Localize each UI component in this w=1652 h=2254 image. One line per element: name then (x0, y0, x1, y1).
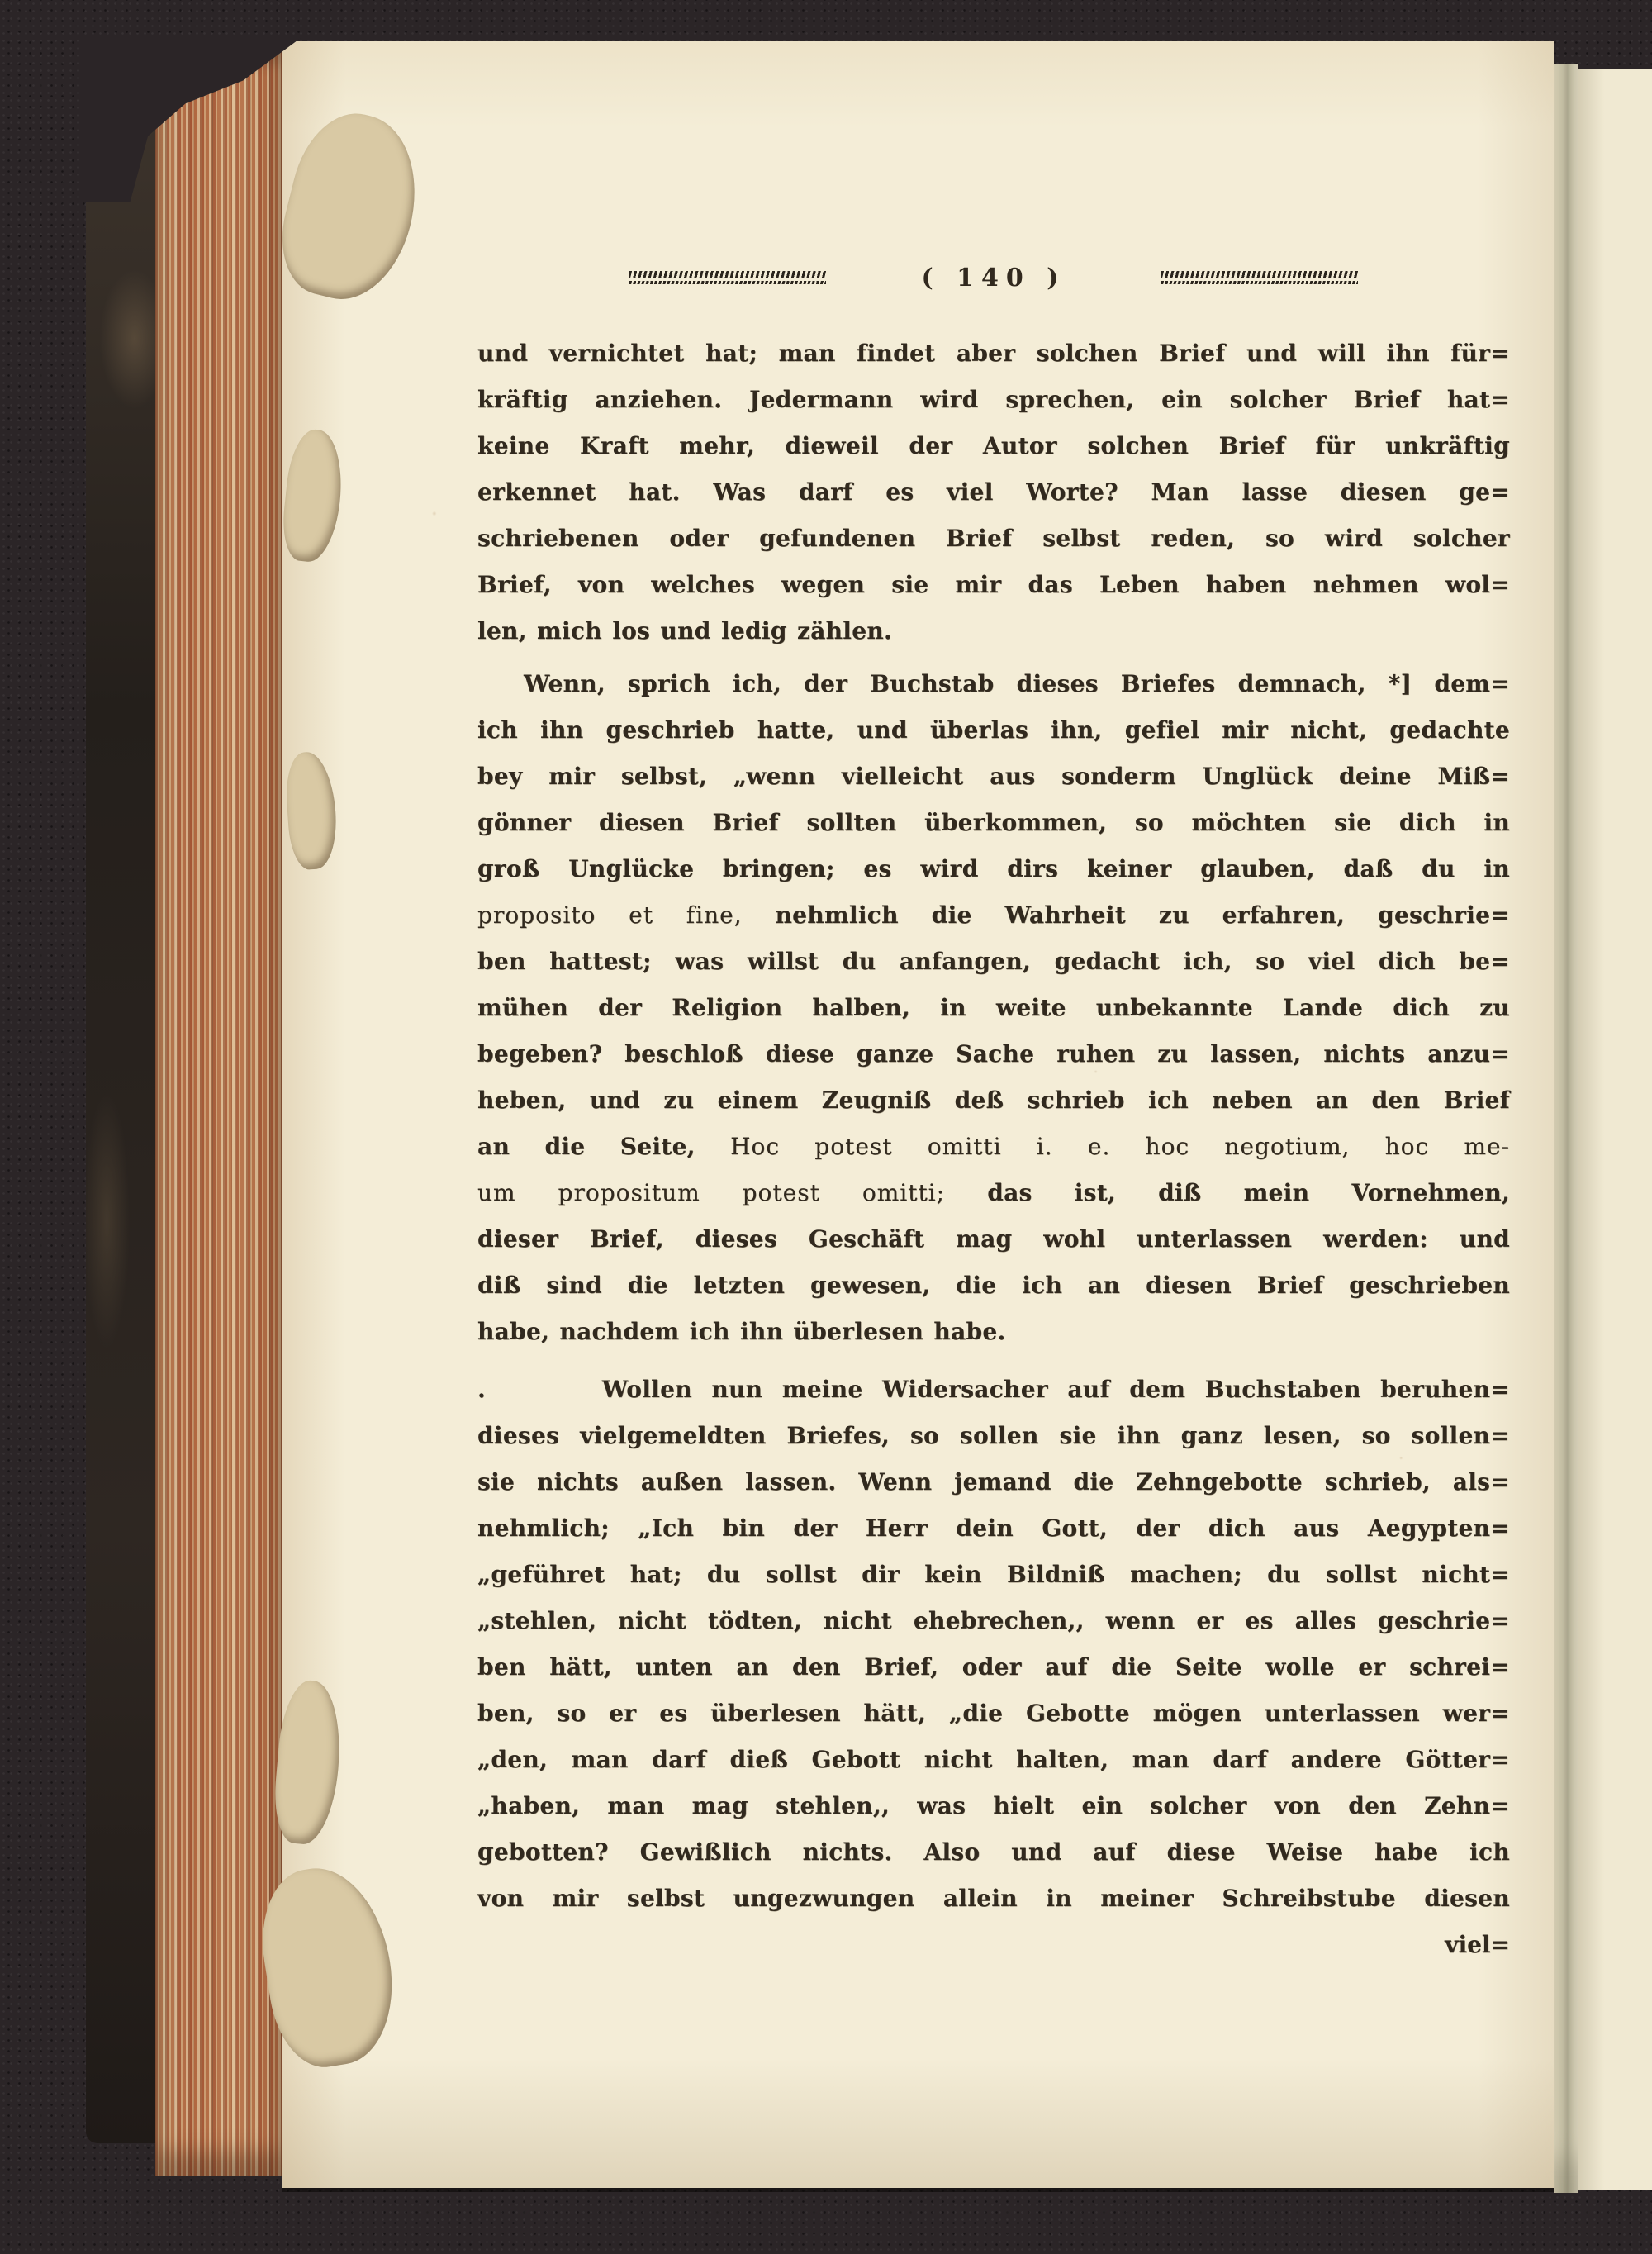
text-line: mühen der Religion halben, in weite unbe… (477, 985, 1510, 1031)
text-segment-fraktur: keine Kraft mehr, dieweil der Autor solc… (477, 432, 1510, 459)
text-line: kräftig anziehen. Jedermann wird spreche… (477, 377, 1510, 423)
text-segment-fraktur: dieses vielgemeldten Briefes, so sollen … (477, 1422, 1510, 1449)
text-line: ben hattest; was willst du anfangen, ged… (477, 939, 1510, 985)
page-header: ( 140 ) (477, 263, 1510, 292)
text-segment-fraktur: bey mir selbst, „wenn vielleicht aus son… (477, 763, 1510, 790)
text-segment-fraktur: von mir selbst ungezwungen allein in mei… (477, 1885, 1510, 1912)
text-line: len, mich los und ledig zählen. (477, 608, 1510, 654)
text-segment-fraktur: nehmlich; „Ich bin der Herr dein Gott, d… (477, 1515, 1510, 1542)
text-line: Wenn, sprich ich, der Buchstab dieses Br… (477, 661, 1510, 707)
text-segment-fraktur: „haben, man mag stehlen,, was hielt ein … (477, 1792, 1510, 1819)
text-segment-fraktur: gönner diesen Brief sollten überkommen, … (477, 809, 1510, 836)
text-line: diß sind die letzten gewesen, die ich an… (477, 1263, 1510, 1309)
gutter-fold (1554, 64, 1578, 2193)
text-line: „haben, man mag stehlen,, was hielt ein … (477, 1783, 1510, 1829)
text-segment-fraktur: ich ihn geschrieb hatte, und überlas ihn… (477, 716, 1510, 744)
photo-background: ( 140 ) und vernichtet hat; man findet a… (0, 0, 1652, 2254)
text-line: „stehlen, nicht tödten, nicht ehebrechen… (477, 1598, 1510, 1644)
text-line: ben, so er es überlesen hätt, „die Gebot… (477, 1690, 1510, 1737)
text-line: nehmlich; „Ich bin der Herr dein Gott, d… (477, 1505, 1510, 1552)
text-line: dieses vielgemeldten Briefes, so sollen … (477, 1413, 1510, 1459)
text-line: gebotten? Gewißlich nichts. Also und auf… (477, 1829, 1510, 1876)
text-segment-fraktur: das ist, diß mein Vornehmen, (945, 1179, 1510, 1206)
text-line: schriebenen oder gefundenen Brief selbst… (477, 516, 1510, 562)
text-line: heben, und zu einem Zeugniß deß schrieb … (477, 1077, 1510, 1124)
text-line: „den, man darf dieß Gebott nicht halten,… (477, 1737, 1510, 1783)
book-cover-edge (86, 93, 155, 2143)
text-segment-fraktur: groß Unglücke bringen; es wird dirs kein… (477, 855, 1510, 882)
text-segment-fraktur: ben hattest; was willst du anfangen, ged… (477, 948, 1510, 975)
text-line: ben hätt, unten an den Brief, oder auf d… (477, 1644, 1510, 1690)
text-segment-fraktur: mühen der Religion halben, in weite unbe… (477, 994, 1510, 1021)
text-segment-fraktur: „geführet hat; du sollst dir kein Bildni… (477, 1561, 1510, 1588)
book: ( 140 ) und vernichtet hat; man findet a… (83, 41, 1652, 2199)
text-line: groß Unglücke bringen; es wird dirs kein… (477, 846, 1510, 892)
text-segment-fraktur: schriebenen oder gefundenen Brief selbst… (477, 525, 1510, 552)
page-number: ( 140 ) (922, 264, 1066, 292)
text-line: und vernichtet hat; man findet aber solc… (477, 330, 1510, 377)
text-line: habe, nachdem ich ihn überlesen habe. (477, 1309, 1510, 1355)
text-segment-fraktur: „stehlen, nicht tödten, nicht ehebrechen… (477, 1607, 1510, 1634)
ornamental-rule-left-icon (629, 271, 826, 284)
text-line: proposito et fine, nehmlich die Wahrheit… (477, 892, 1510, 939)
paragraph: . Wollen nun meine Widersacher auf dem B… (477, 1367, 1510, 1922)
text-segment-fraktur: diß sind die letzten gewesen, die ich an… (477, 1272, 1510, 1299)
ornamental-rule-right-icon (1161, 271, 1358, 284)
text-segment-fraktur: ben, so er es überlesen hätt, „die Gebot… (477, 1700, 1510, 1727)
text-line: gönner diesen Brief sollten überkommen, … (477, 800, 1510, 846)
text-segment-fraktur: Brief, von welches wegen sie mir das Leb… (477, 571, 1510, 598)
text-segment-fraktur: dieser Brief, dieses Geschäft mag wohl u… (477, 1225, 1510, 1253)
text-segment-fraktur: an die Seite, (477, 1133, 730, 1160)
text-segment-fraktur: heben, und zu einem Zeugniß deß schrieb … (477, 1087, 1510, 1114)
text-segment-fraktur: nehmlich die Wahrheit zu erfahren, gesch… (743, 901, 1510, 929)
text-segment-antiqua: um propositum potest omitti; (477, 1179, 945, 1206)
text-line: von mir selbst ungezwungen allein in mei… (477, 1876, 1510, 1922)
facing-page-edge (1578, 69, 1652, 2190)
text-block: und vernichtet hat; man findet aber solc… (477, 330, 1510, 1922)
text-line: keine Kraft mehr, dieweil der Autor solc… (477, 423, 1510, 469)
text-line: Brief, von welches wegen sie mir das Leb… (477, 562, 1510, 608)
text-segment-fraktur: len, mich los und ledig zählen. (477, 617, 892, 644)
catchword: viel= (477, 1922, 1510, 1968)
text-line: bey mir selbst, „wenn vielleicht aus son… (477, 754, 1510, 800)
text-line: dieser Brief, dieses Geschäft mag wohl u… (477, 1216, 1510, 1263)
text-segment-fraktur: gebotten? Gewißlich nichts. Also und auf… (477, 1838, 1510, 1866)
text-segment-antiqua: proposito et fine, (477, 901, 743, 929)
text-segment-fraktur: erkennet hat. Was darf es viel Worte? Ma… (477, 478, 1510, 506)
text-segment-antiqua: Hoc potest omitti i. e. hoc negotium, ho… (730, 1133, 1510, 1160)
text-line: erkennet hat. Was darf es viel Worte? Ma… (477, 469, 1510, 516)
text-segment-fraktur: habe, nachdem ich ihn überlesen habe. (477, 1318, 1006, 1345)
text-segment-fraktur: . Wollen nun meine Widersacher auf dem B… (477, 1376, 1510, 1403)
text-segment-fraktur: begeben? beschloß diese ganze Sache ruhe… (477, 1040, 1510, 1068)
paragraph: Wenn, sprich ich, der Buchstab dieses Br… (477, 661, 1510, 1355)
text-segment-fraktur: und vernichtet hat; man findet aber solc… (477, 340, 1510, 367)
text-segment-fraktur: ben hätt, unten an den Brief, oder auf d… (477, 1653, 1510, 1681)
text-segment-fraktur: kräftig anziehen. Jedermann wird spreche… (477, 386, 1510, 413)
page-stack-fore-edge (155, 50, 282, 2176)
text-line: . Wollen nun meine Widersacher auf dem B… (477, 1367, 1510, 1413)
text-line: an die Seite, Hoc potest omitti i. e. ho… (477, 1124, 1510, 1170)
text-line: „geführet hat; du sollst dir kein Bildni… (477, 1552, 1510, 1598)
text-line: begeben? beschloß diese ganze Sache ruhe… (477, 1031, 1510, 1077)
paragraph: und vernichtet hat; man findet aber solc… (477, 330, 1510, 654)
text-segment-fraktur: Wenn, sprich ich, der Buchstab dieses Br… (524, 670, 1510, 697)
text-segment-fraktur: „den, man darf dieß Gebott nicht halten,… (477, 1746, 1510, 1773)
text-line: sie nichts außen lassen. Wenn jemand die… (477, 1459, 1510, 1505)
text-line: ich ihn geschrieb hatte, und überlas ihn… (477, 707, 1510, 754)
text-line: um propositum potest omitti; das ist, di… (477, 1170, 1510, 1216)
text-segment-fraktur: sie nichts außen lassen. Wenn jemand die… (477, 1468, 1510, 1496)
book-page: ( 140 ) und vernichtet hat; man findet a… (282, 41, 1554, 2188)
